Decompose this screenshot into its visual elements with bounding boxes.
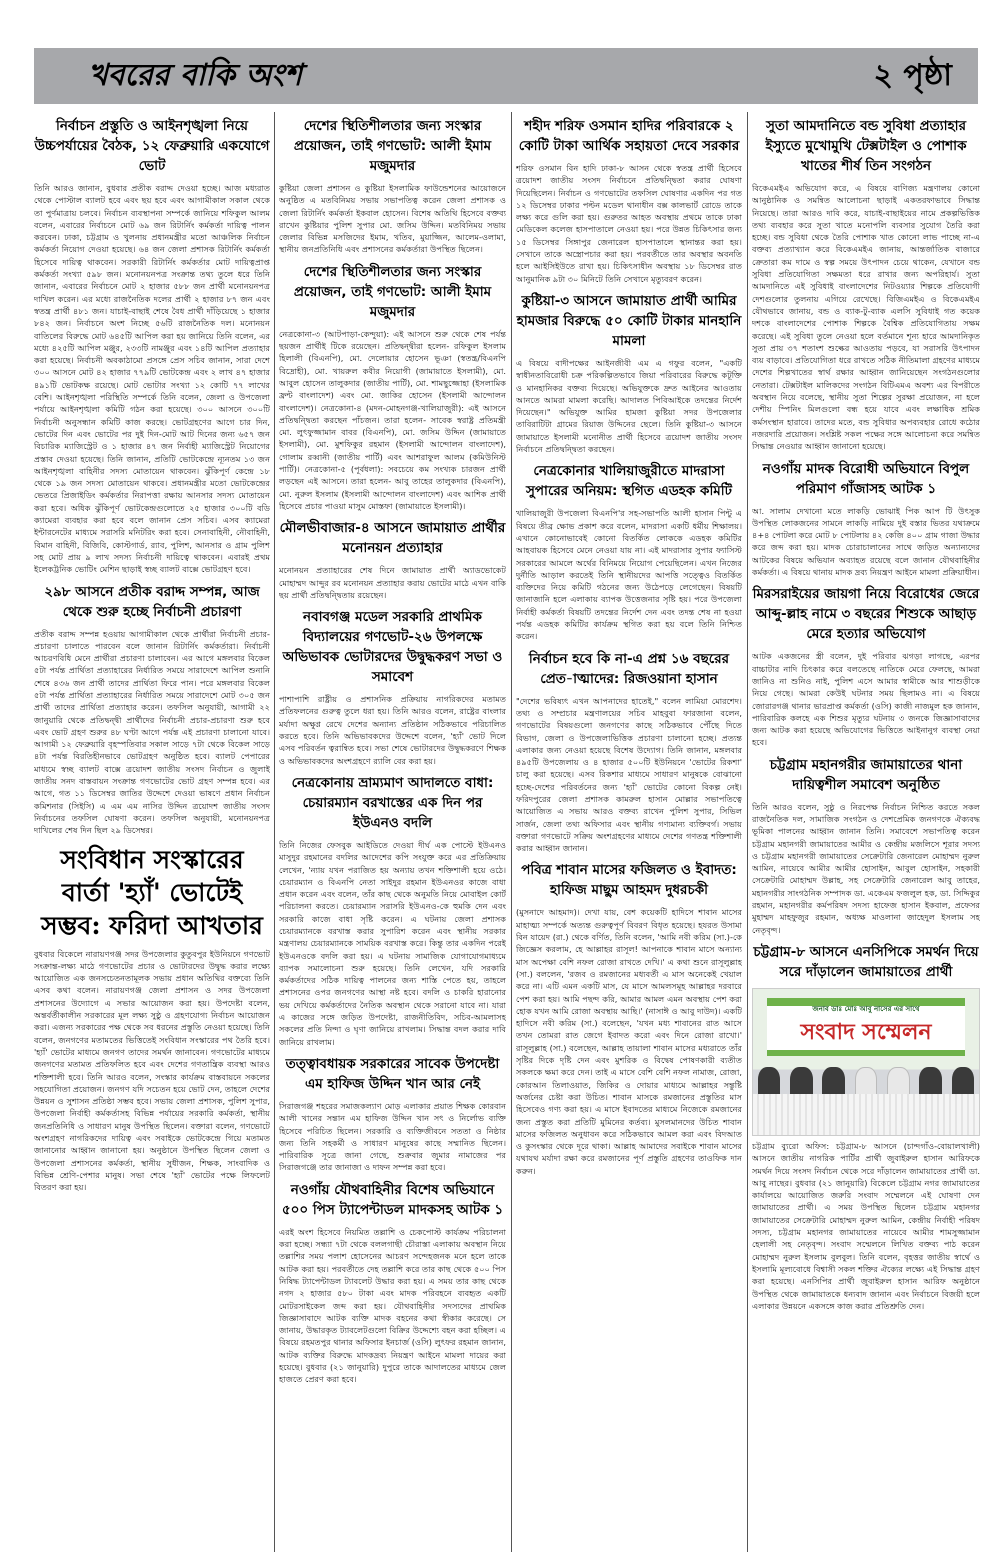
headline[interactable]: সুতা আমদানিতে বন্ড সুবিধা প্রত্যাহার ইস্…: [752, 116, 980, 176]
headline[interactable]: তত্ত্বাবধায়ক সরকারের সাবেক উপদেষ্টা এম …: [279, 1054, 506, 1094]
person-figure: [758, 1067, 781, 1097]
article-mirsarai-child-murder: মিরসরাইয়ের জায়গা নিয়ে বিরোধের জেরে আব…: [752, 584, 980, 748]
banner-subtitle: জনাব ডাঃ মোঃ আবু নাসের এর সাথে: [812, 1003, 919, 1015]
page-masthead: খবরের বাকি অংশ ২ পৃষ্ঠা: [34, 48, 978, 104]
article-chattogram-jamaat-rally: চট্টগ্রাম মহানগরীর জামায়াতের থানা দায়ি…: [752, 755, 980, 936]
photo-people: [753, 1059, 979, 1097]
article-hadi-family-aid: শহীদ শরিফ ওসমান হাদির পরিবারকে ২ কোটি টা…: [516, 116, 742, 285]
headline[interactable]: মৌলভীবাজার-৪ আসনে জামায়াত প্রার্থীর মনো…: [279, 518, 506, 558]
article-body: তিনি নিজের ফেসবুক আইডিতে দেওয়া দীর্ঘ এক…: [279, 839, 506, 1048]
banner-title: সংবাদ সম্মেলন: [800, 1015, 931, 1052]
article-netrokona-mobile-court: নেত্রকোনায় ভ্রাম্যমাণ আদালতে বাধা: চেয়…: [279, 773, 506, 1048]
headline[interactable]: নির্বাচন হবে কি না-এ প্রশ্ন ১৬ বছরের প্র…: [516, 649, 742, 689]
person-figure: [952, 1067, 975, 1097]
article-khaliajuri-madrasa: নেত্রকোনার খালিয়াজুরীতে মাদরাসা সুপারের…: [516, 461, 742, 642]
headline[interactable]: নবাবগঞ্জ মডেল সরকারি প্রাথমিক বিদ্যালয়ে…: [279, 607, 506, 687]
article-body: খালিয়াজুরী উপজেলা বিএনপি'র সহ-সভাপতি আল…: [516, 507, 742, 642]
article-election-preparation: নির্বাচন প্রস্তুতি ও আইনশৃঙ্খলা নিয়ে উচ…: [34, 116, 270, 576]
article-rizwana-hasan: নির্বাচন হবে কি না-এ প্রশ্ন ১৬ বছরের প্র…: [516, 649, 742, 855]
headline[interactable]: নওগাঁয় মাদক বিরোধী অভিযানে বিপুল পরিমাণ…: [752, 459, 980, 499]
article-body: সিরাজগঞ্জ শহরের সমাজকল্যাণ মোড় এলাকার প…: [279, 1100, 506, 1174]
article-body: আটক একজনের স্ত্রী বলেন, দুই পরিবার ঝগড়া…: [752, 650, 980, 748]
article-body: তিনি আরও জানান, বুধবার প্রতীক বরাদ্দ দেও…: [34, 182, 270, 576]
article-yarn-bond-facility: সুতা আমদানিতে বন্ড সুবিধা প্রত্যাহার ইস্…: [752, 116, 980, 453]
headline[interactable]: নির্বাচন প্রস্তুতি ও আইনশৃঙ্খলা নিয়ে উচ…: [34, 116, 270, 176]
article-constitution-reform: সংবিধান সংস্কারের বার্তা 'হ্যাঁ' ভোটেই স…: [34, 843, 270, 1194]
article-naogaon-tapentadol: নওগাঁয় যৌথবাহিনীর বিশেষ অভিযানে ৫০০ পিস…: [279, 1180, 506, 1386]
article-body: শরিফ ওসমান বিন হাদি ঢাকা-৮ আসন থেকে স্বত…: [516, 162, 742, 285]
column-2: দেশের স্থিতিশীলতার জন্য সংস্কার প্রয়োজন…: [279, 112, 506, 1552]
person-figure: [919, 1067, 942, 1097]
article-body: প্রতীক বরাদ্দ সম্পন্ন হওয়ায় আগামীকাল থ…: [34, 628, 270, 837]
photo-banner: জনাব ডাঃ মোঃ আবু নাসের এর সাথে সংবাদ সম্…: [767, 998, 966, 1056]
article-body: বিকেএমইএ অভিযোগ করে, এ বিষয়ে বাণিজ্য মন…: [752, 182, 980, 453]
article-body: পাশাপাশি রাষ্ট্রীয় ও প্রশাসনিক প্রক্রিয…: [279, 693, 506, 767]
article-naogaon-ganja: নওগাঁয় মাদক বিরোধী অভিযানে বিপুল পরিমাণ…: [752, 459, 980, 579]
headline[interactable]: ২৯৮ আসনে প্রতীক বরাদ্দ সম্পন্ন, আজ থেকে …: [34, 582, 270, 622]
headline[interactable]: চট্টগ্রাম মহানগরীর জামায়াতের থানা দায়ি…: [752, 755, 980, 795]
column-divider: [747, 112, 748, 1552]
article-body: চট্টগ্রাম ব্যুরো অফিস: চট্টগ্রাম-৮ আসনে …: [752, 1140, 980, 1312]
headline[interactable]: দেশের স্থিতিশীলতার জন্য সংস্কার প্রয়োজন…: [279, 116, 506, 176]
column-4: সুতা আমদানিতে বন্ড সুবিধা প্রত্যাহার ইস্…: [752, 112, 980, 1552]
person-figure: [822, 1067, 845, 1097]
article-stability-reform: দেশের স্থিতিশীলতার জন্য সংস্কার প্রয়োজন…: [279, 116, 506, 256]
headline[interactable]: নেত্রকোনায় ভ্রাম্যমাণ আদালতে বাধা: চেয়…: [279, 773, 506, 833]
headline[interactable]: কুষ্টিয়া-৩ আসনে জামায়াত প্রার্থী আমির …: [516, 291, 742, 351]
article-chattogram8-withdrawal: চট্টগ্রাম-৮ আসনে এনসিপিকে সমর্থন দিয়ে স…: [752, 942, 980, 1312]
headline[interactable]: সংবিধান সংস্কারের বার্তা 'হ্যাঁ' ভোটেই স…: [34, 843, 270, 942]
article-body: এরই অংশ হিসেবে নিয়মিত তল্লাশি ও চেকপোস্…: [279, 1226, 506, 1386]
press-conference-photo: জনাব ডাঃ মোঃ আবু নাসের এর সাথে সংবাদ সম্…: [752, 988, 980, 1136]
article-body: বুধবার বিকেলে নারায়ণগঞ্জ সদর উপজেলার কু…: [34, 948, 270, 1194]
article-shaban-month: পবিত্র শাবান মাসের ফজিলত ও ইবাদত: হাফিজ …: [516, 860, 742, 1177]
article-body: এ বিষয়ে বাদীপক্ষের আইনজীবী এম এ গফুর বল…: [516, 357, 742, 455]
headline[interactable]: নওগাঁয় যৌথবাহিনীর বিশেষ অভিযানে ৫০০ পিস…: [279, 1180, 506, 1220]
article-body: কুষ্টিয়া জেলা প্রশাসন ও কুষ্টিয়া ইসলাম…: [279, 182, 506, 256]
headline[interactable]: নেত্রকোনার খালিয়াজুরীতে মাদরাসা সুপারের…: [516, 461, 742, 501]
article-body: "দেশের ভবিষ্যৎ এখন আপনাদের হাতেই," বলেন …: [516, 695, 742, 855]
article-kushtia-defamation: কুষ্টিয়া-৩ আসনে জামায়াত প্রার্থী আমির …: [516, 291, 742, 455]
person-figure: [855, 1067, 878, 1097]
headline[interactable]: শহীদ শরিফ ওসমান হাদির পরিবারকে ২ কোটি টা…: [516, 116, 742, 156]
section-title: খবরের বাকি অংশ: [88, 51, 302, 102]
article-moulvibazar-withdrawal: মৌলভীবাজার-৪ আসনে জামায়াত প্রার্থীর মনো…: [279, 518, 506, 601]
article-symbol-allocation: ২৯৮ আসনে প্রতীক বরাদ্দ সম্পন্ন, আজ থেকে …: [34, 582, 270, 837]
column-divider: [511, 112, 512, 1552]
article-hafiz-uddin-khan-obituary: তত্ত্বাবধায়ক সরকারের সাবেক উপদেষ্টা এম …: [279, 1054, 506, 1174]
article-stability-reform-continued: দেশের স্থিতিশীলতার জন্য সংস্কার প্রয়োজন…: [279, 262, 506, 512]
headline[interactable]: দেশের স্থিতিশীলতার জন্য সংস্কার প্রয়োজন…: [279, 262, 506, 322]
person-figure: [887, 1067, 910, 1097]
article-body: (মুসনাদে আহমাদ)। দেখা যায়, বেশ কয়েকটি …: [516, 906, 742, 1177]
article-body: মনোনয়ন প্রত্যাহারের শেষ দিনে জামায়াত প…: [279, 564, 506, 601]
column-1: নির্বাচন প্রস্তুতি ও আইনশৃঙ্খলা নিয়ে উচ…: [34, 112, 270, 1552]
article-body: তিনি আরও বলেন, সুষ্ঠু ও নিরপেক্ষ নির্বাচ…: [752, 801, 980, 936]
article-nawabganj-school: নবাবগঞ্জ মডেল সরকারি প্রাথমিক বিদ্যালয়ে…: [279, 607, 506, 767]
headline[interactable]: চট্টগ্রাম-৮ আসনে এনসিপিকে সমর্থন দিয়ে স…: [752, 942, 980, 982]
headline[interactable]: মিরসরাইয়ের জায়গা নিয়ে বিরোধের জেরে আব…: [752, 584, 980, 644]
article-body: নেত্রকোনা-৩ (আটপাড়া-কেন্দুয়া): এই আসনে…: [279, 328, 506, 512]
column-divider: [274, 112, 275, 1552]
column-3: শহীদ শরিফ ওসমান হাদির পরিবারকে ২ কোটি টা…: [516, 112, 742, 1552]
person-figure: [790, 1067, 813, 1097]
page-number-label: ২ পৃষ্ঠা: [873, 51, 952, 102]
photo-table: [753, 1094, 979, 1135]
article-body: আ. সালাম দেখানো মতে লাকড়ি ভোঝাই পিক আপ …: [752, 505, 980, 579]
headline[interactable]: পবিত্র শাবান মাসের ফজিলত ও ইবাদত: হাফিজ …: [516, 860, 742, 900]
